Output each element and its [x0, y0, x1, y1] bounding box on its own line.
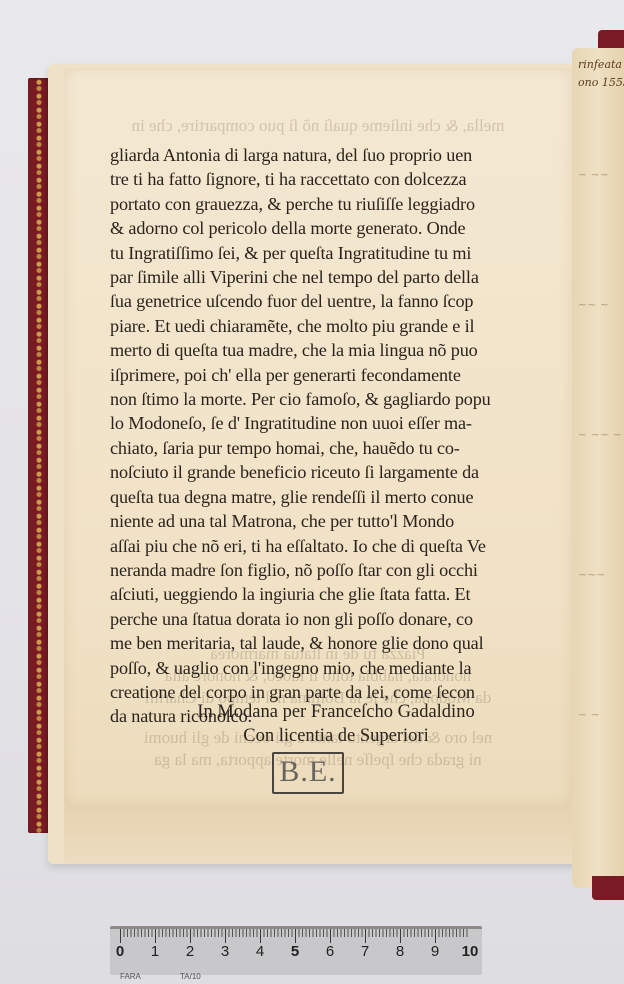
facing-leaf: rinfeata in B ono 1553. ~ ~~ ~~ ~ ~ ~~ ~… [572, 48, 624, 888]
text-line: & adorno col pericolo della morte genera… [110, 216, 562, 240]
text-line: tre ti ha fatto ſignore, ti ha raccettat… [110, 167, 562, 191]
ruler-number: 10 [460, 943, 480, 960]
ruler-number: 6 [320, 943, 340, 960]
ruler-ticks [120, 929, 470, 943]
text-line: queſta tua degna matre, glie rendeſſi il… [110, 485, 562, 509]
text-line: ſua genetrice uſcendo fuor del uentre, l… [110, 289, 562, 313]
text-line: merto di queſta tua madre, che la mia li… [110, 338, 562, 362]
text-line: lo Modoneſo, ſe d' Ingratitudine non uuo… [110, 411, 562, 435]
ruler-number: 4 [250, 943, 270, 960]
text-line: iſprimere, poi ch' ella per generarti fe… [110, 363, 562, 387]
library-stamp: B.E. [272, 752, 344, 794]
colophon-printer: In Modana per Franceſcho Gadaldino [110, 700, 562, 724]
colophon-license: Con licentia de Superiori [110, 724, 562, 748]
ruler-number: 5 [285, 943, 305, 960]
ruler-number: 3 [215, 943, 235, 960]
ruler-model: TA/10 [180, 972, 201, 981]
margin-note: ono 1553. [578, 76, 624, 89]
ruler-number: 1 [145, 943, 165, 960]
ruler-numbers: 0 1 2 3 4 5 6 7 8 9 10 [110, 943, 482, 965]
text-line: me ben meritaria, tal laude, & honore gl… [110, 631, 562, 655]
text-line: niente ad una tal Matrona, che per tutto… [110, 509, 562, 533]
page-bottom-edge [64, 806, 572, 864]
book-spine-binding [28, 78, 50, 833]
ruler-number: 7 [355, 943, 375, 960]
show-through-text: mella, & che inſieme quaſi nõ ſi puo com… [64, 116, 572, 136]
ruler-brand: FARA [120, 972, 141, 981]
text-line: poſſo, & uaglio con l'ingegno mio, che m… [110, 656, 562, 680]
text-line: gliarda Antonia di larga natura, del ſuo… [110, 143, 562, 167]
text-line: piare. Et uedi chiaramẽte, che molto piu… [110, 314, 562, 338]
text-line: neranda madre ſon figlio, nõ poſſo ſtar … [110, 558, 562, 582]
margin-note: rinfeata in B [578, 58, 624, 71]
colophon: In Modana per Franceſcho Gadaldino Con l… [110, 700, 562, 748]
scale-ruler: 0 1 2 3 4 5 6 7 8 9 10 [110, 926, 482, 975]
text-line: aſſai piu che nõ eri, ti ha eſſaltato. I… [110, 534, 562, 558]
right-cover-corner [592, 876, 624, 900]
ruler-number: 0 [110, 943, 130, 960]
ruler-number: 8 [390, 943, 410, 960]
text-line: chiato, ſaria pur tempo homai, che, hauẽ… [110, 436, 562, 460]
ruler-number: 2 [180, 943, 200, 960]
body-text: gliarda Antonia di larga natura, del ſuo… [110, 143, 562, 729]
ruler-number: 9 [425, 943, 445, 960]
text-line: portato con grauezza, & perche tu riuſiſ… [110, 192, 562, 216]
text-line: par ſimile alli Viperini che nel tempo d… [110, 265, 562, 289]
text-line: aſciuti, ueggiendo la ingiuria che glie … [110, 582, 562, 606]
text-line: perche una ſtatua dorata io non gli poſſ… [110, 607, 562, 631]
text-line: tu Ingratiſſimo ſei, & per queſta Ingrat… [110, 241, 562, 265]
text-line: non ſtimo la morte. Per cio famoſo, & ga… [110, 387, 562, 411]
text-line: noſciuto il grande beneficio riceuto ſi … [110, 460, 562, 484]
